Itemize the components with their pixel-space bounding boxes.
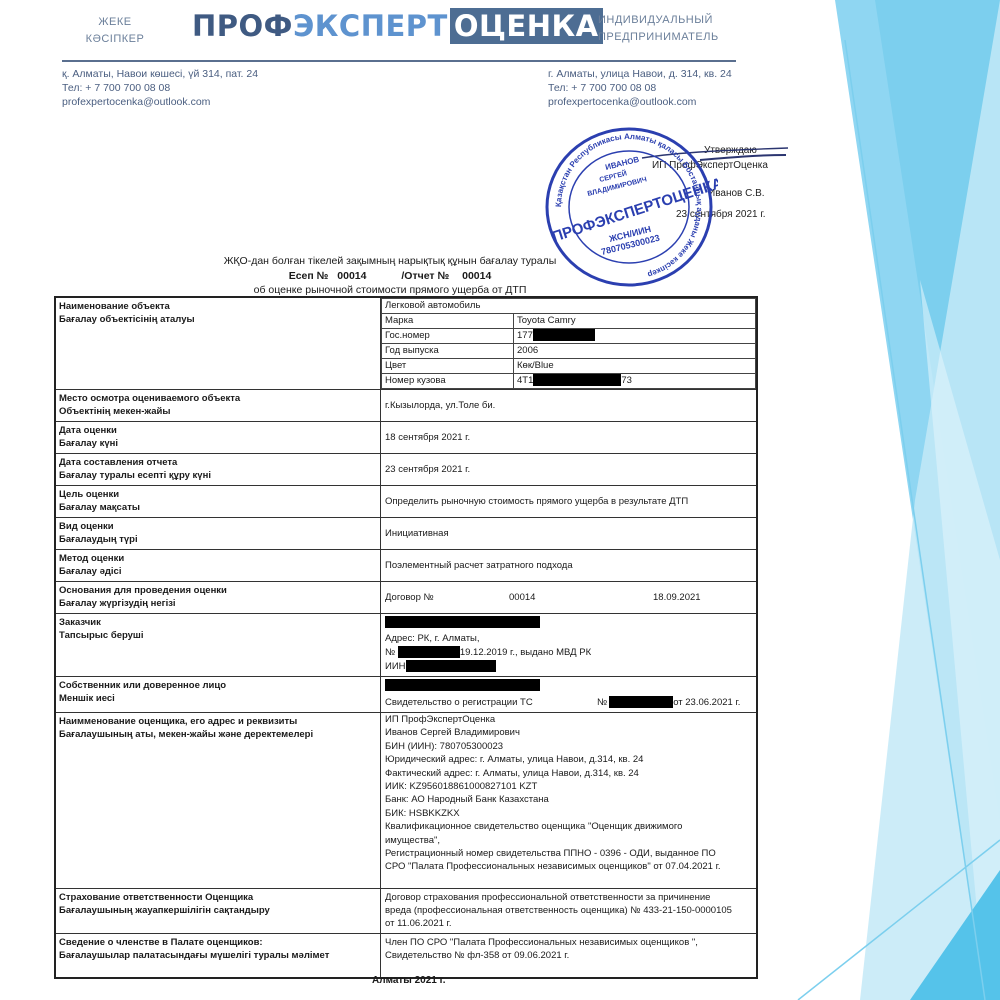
letterhead-address-ru: г. Алматы, улица Навои, д. 314, кв. 24 Т… <box>548 67 732 109</box>
contract-number: 00014 <box>509 591 653 605</box>
customer-address: Адрес: РК, г. Алматы, <box>385 632 752 646</box>
insurance-line: вреда (профессиональная ответственность … <box>385 904 752 917</box>
vin-prefix: 4T1 <box>517 375 533 386</box>
table-row-owner: Собственник или доверенное лицоМеншік ие… <box>55 677 757 713</box>
row-label: ЗаказчикТапсырыс беруші <box>55 614 381 677</box>
label-ru: Страхование ответственности Оценщика <box>59 891 377 904</box>
document-page: ЖЕКЕ КӘСІПКЕР ПРОФ ЭКСПЕРТ ОЦЕНКА ИНДИВИ… <box>0 0 1000 1000</box>
customer-doc-suffix: 19.12.2019 г., выдано МВД РК <box>460 647 591 658</box>
table-row-membership: Сведение о членстве в Палате оценщиков:Б… <box>55 934 757 978</box>
table-row-basis: Основания для проведения оценкиБағалау ж… <box>55 582 757 614</box>
owner-cert-label: Свидетельство о регистрации ТС <box>385 696 597 710</box>
redaction-bar <box>609 696 673 708</box>
letterhead-divider <box>62 60 736 62</box>
label-kz: Объектінің мекен-жайы <box>59 405 377 418</box>
row-value: Определить рыночную стоимость прямого ущ… <box>381 486 758 518</box>
row-label: Дата составления отчетаБағалау туралы ес… <box>55 454 381 486</box>
appraiser-line: Фактический адрес: г. Алматы, улица Наво… <box>385 767 752 780</box>
plate-prefix: 177 <box>517 330 533 341</box>
vehicle-key: Гос.номер <box>382 329 514 344</box>
title-kz: ЖҚО-дан болған тікелей зақымның нарықтық… <box>190 254 590 269</box>
label-kz: Бағалаудың түрі <box>59 533 377 546</box>
appraiser-line: ИИК: KZ956018861000827101 KZT <box>385 780 752 793</box>
insurance-line: от 11.06.2021 г. <box>385 917 752 930</box>
vehicle-key: Год выпуска <box>382 344 514 359</box>
report-details-table: Наименование объекта Бағалау объектісіні… <box>54 296 758 979</box>
table-row-insurance: Страхование ответственности ОценщикаБаға… <box>55 889 757 934</box>
label-kz: Бағалау туралы есепті құру күні <box>59 469 377 482</box>
email-line: profexpertocenka@outlook.com <box>548 95 732 109</box>
report-kz-number: 00014 <box>337 269 366 284</box>
label-ru: Заказчик <box>59 616 377 629</box>
redaction-bar <box>533 374 621 386</box>
appraiser-line: Регистрационный номер свидетельства ППНО… <box>385 847 752 860</box>
appraiser-details: ИП ПрофЭкспертОценка Иванов Сергей Влади… <box>381 713 758 889</box>
label-kz: Бағалау әдісі <box>59 565 377 578</box>
vehicle-key: Марка <box>382 314 514 329</box>
table-row-method: Метод оценкиБағалау әдісі Поэлементный р… <box>55 550 757 582</box>
report-number-line: Есеп № 00014 /Отчет № 00014 <box>190 269 590 284</box>
label-kz: Тапсырыс беруші <box>59 629 377 642</box>
row-label: Основания для проведения оценкиБағалау ж… <box>55 582 381 614</box>
label-ru: Основания для проведения оценки <box>59 584 377 597</box>
row-value: Договор № 00014 18.09.2021 <box>381 582 758 614</box>
label-ru: Цель оценки <box>59 488 377 501</box>
row-label: Сведение о членстве в Палате оценщиков:Б… <box>55 934 381 978</box>
vehicle-value: Toyota Camry <box>514 314 756 329</box>
appraiser-line: ИП ПрофЭкспертОценка <box>385 713 752 726</box>
report-ru-number: 00014 <box>462 269 491 284</box>
redaction-bar <box>398 646 460 658</box>
left-title-line: КӘСІПКЕР <box>70 31 160 48</box>
address-line: г. Алматы, улица Навои, д. 314, кв. 24 <box>548 67 732 81</box>
vehicle-key: Цвет <box>382 359 514 374</box>
appraiser-line: БИН (ИИН): 780705300023 <box>385 740 752 753</box>
label-ru: Наимменование оценщика, его адрес и рекв… <box>59 715 377 728</box>
brand-logo: ПРОФ ЭКСПЕРТ ОЦЕНКА <box>192 8 603 44</box>
membership-line: Член ПО СРО "Палата Профессиональных нез… <box>385 936 752 949</box>
svg-text:ИВАНОВ: ИВАНОВ <box>604 155 640 172</box>
appraiser-line: Банк: АО Народный Банк Казахстана <box>385 793 752 806</box>
membership-details: Член ПО СРО "Палата Профессиональных нез… <box>381 934 758 978</box>
vehicle-key: Номер кузова <box>382 374 514 389</box>
insurance-details: Договор страхования профессиональной отв… <box>381 889 758 934</box>
right-title-line: ИНДИВИДУАЛЬНЫЙ <box>598 12 719 29</box>
report-kz-label: Есеп № <box>289 269 329 284</box>
row-label: Собственник или доверенное лицоМеншік ие… <box>55 677 381 713</box>
label-kz: Бағалау күні <box>59 437 377 450</box>
address-line: қ. Алматы, Навои көшесі, үй 314, пат. 24 <box>62 67 258 81</box>
contract-label: Договор № <box>385 591 509 605</box>
row-label: Дата оценкиБағалау күні <box>55 422 381 454</box>
label-ru: Сведение о членстве в Палате оценщиков: <box>59 936 377 949</box>
letterhead-address-kz: қ. Алматы, Навои көшесі, үй 314, пат. 24… <box>62 67 258 109</box>
table-row-location: Место осмотра оцениваемого объектаОбъект… <box>55 390 757 422</box>
appraiser-line: Юридический адрес: г. Алматы, улица Наво… <box>385 753 752 766</box>
vehicle-details-cell: Легковой автомобиль МаркаToyota Camry Го… <box>381 297 758 390</box>
table-row-kind: Вид оценкиБағалаудың түрі Инициативная <box>55 518 757 550</box>
label-kz: Меншік иесі <box>59 692 377 705</box>
label-kz: Бағалаушының аты, мекен-жайы және дерект… <box>59 728 377 741</box>
label-ru: Вид оценки <box>59 520 377 533</box>
row-label: Наименование объекта Бағалау объектісіні… <box>55 297 381 390</box>
row-label: Наимменование оценщика, его адрес и рекв… <box>55 713 381 889</box>
membership-line: Свидетельство № фл-358 от 09.06.2021 г. <box>385 949 752 962</box>
label-kz: Бағалау жүргізудің негізі <box>59 597 377 610</box>
vehicle-value: 4T173 <box>514 374 756 389</box>
label-ru: Собственник или доверенное лицо <box>59 679 377 692</box>
appraiser-line: Квалификационное свидетельство оценщика … <box>385 820 752 833</box>
owner-cert-num-label: № <box>597 696 607 710</box>
table-row-report-date: Дата составления отчетаБағалау туралы ес… <box>55 454 757 486</box>
row-value: 23 сентября 2021 г. <box>381 454 758 486</box>
label-ru: Место осмотра оцениваемого объекта <box>59 392 377 405</box>
redaction-bar <box>385 679 540 691</box>
row-value: Свидетельство о регистрации ТС № от 23.0… <box>381 677 758 713</box>
label-ru: Метод оценки <box>59 552 377 565</box>
label-ru: Дата оценки <box>59 424 377 437</box>
right-title-line: ПРЕДПРИНИМАТЕЛЬ <box>598 29 719 46</box>
email-line: profexpertocenka@outlook.com <box>62 95 258 109</box>
brand-part-3: ОЦЕНКА <box>450 8 603 44</box>
appraiser-line: Иванов Сергей Владимирович <box>385 726 752 739</box>
vehicle-details-table: Легковой автомобиль МаркаToyota Camry Го… <box>381 298 756 389</box>
appraiser-line: БИК: HSBKKZKX <box>385 807 752 820</box>
customer-doc-prefix: № <box>385 647 395 658</box>
label-kz: Бағалаушылар палатасындағы мүшелігі тура… <box>59 949 377 962</box>
vehicle-value: 2006 <box>514 344 756 359</box>
brand-part-2: ЭКСПЕРТ <box>293 9 448 43</box>
redaction-bar <box>406 660 496 672</box>
vehicle-value: 177 <box>514 329 756 344</box>
table-row-purpose: Цель оценкиБағалау мақсаты Определить ры… <box>55 486 757 518</box>
row-value: Адрес: РК, г. Алматы, № 19.12.2019 г., в… <box>381 614 758 677</box>
label-kz: Бағалаушының жауапкершілігін сақтандыру <box>59 904 377 917</box>
label-ru: Дата составления отчета <box>59 456 377 469</box>
redaction-bar <box>533 329 595 341</box>
row-value: Инициативная <box>381 518 758 550</box>
table-row-object: Наименование объекта Бағалау объектісіні… <box>55 297 757 390</box>
row-label: Метод оценкиБағалау әдісі <box>55 550 381 582</box>
phone-line: Тел: + 7 700 700 08 08 <box>548 81 732 95</box>
owner-cert-date: от 23.06.2021 г. <box>673 696 740 710</box>
customer-iin-label: ИИН <box>385 661 406 672</box>
appraiser-line: СРО "Палата Профессиональных независимых… <box>385 860 752 873</box>
row-label: Место осмотра оцениваемого объектаОбъект… <box>55 390 381 422</box>
label-kz: Бағалау мақсаты <box>59 501 377 514</box>
row-label: Страхование ответственности ОценщикаБаға… <box>55 889 381 934</box>
report-title: ЖҚО-дан болған тікелей зақымның нарықтық… <box>190 254 590 298</box>
row-value: 18 сентября 2021 г. <box>381 422 758 454</box>
row-label: Цель оценкиБағалау мақсаты <box>55 486 381 518</box>
insurance-line: Договор страхования профессиональной отв… <box>385 891 752 904</box>
redaction-bar <box>385 616 540 628</box>
row-label: Вид оценкиБағалаудың түрі <box>55 518 381 550</box>
vehicle-type: Легковой автомобиль <box>382 299 756 314</box>
table-row-appraiser: Наимменование оценщика, его адрес и рекв… <box>55 713 757 889</box>
row-value: Поэлементный расчет затратного подхода <box>381 550 758 582</box>
label-kz: Бағалау объектісінің аталуы <box>59 313 377 326</box>
brand-part-1: ПРОФ <box>192 9 293 43</box>
phone-line: Тел: + 7 700 700 08 08 <box>62 81 258 95</box>
letterhead-left-title: ЖЕКЕ КӘСІПКЕР <box>70 14 160 48</box>
table-row-valuation-date: Дата оценкиБағалау күні 18 сентября 2021… <box>55 422 757 454</box>
appraiser-line: имущества", <box>385 834 752 847</box>
letterhead-right-title: ИНДИВИДУАЛЬНЫЙ ПРЕДПРИНИМАТЕЛЬ <box>598 12 719 46</box>
left-title-line: ЖЕКЕ <box>70 14 160 31</box>
vin-suffix: 73 <box>621 375 632 386</box>
table-row-customer: ЗаказчикТапсырыс беруші Адрес: РК, г. Ал… <box>55 614 757 677</box>
contract-date: 18.09.2021 <box>653 591 701 605</box>
vehicle-value: Көк/Blue <box>514 359 756 374</box>
report-ru-label: /Отчет № <box>401 269 449 284</box>
label-ru: Наименование объекта <box>59 300 377 313</box>
footer-city-year: Алматы 2021 г. <box>372 975 446 986</box>
row-value: г.Кызылорда, ул.Толе би. <box>381 390 758 422</box>
